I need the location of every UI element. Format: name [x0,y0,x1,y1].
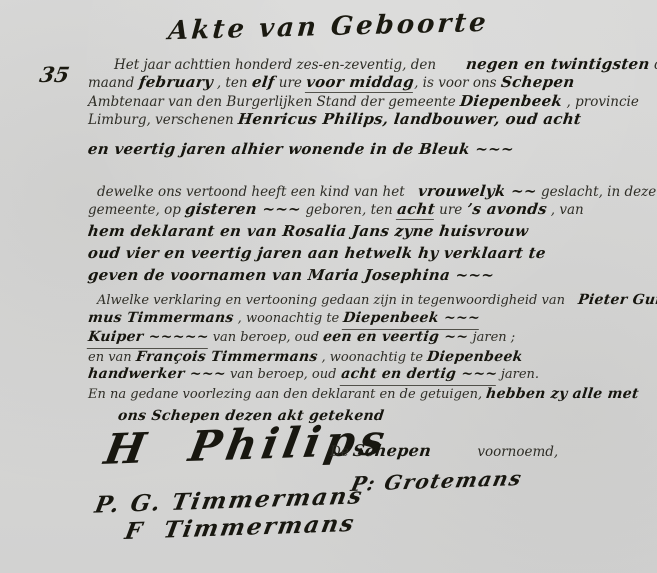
handwritten-text: Henricus Philips, landbouwer, oud acht [237,111,582,128]
handwritten-text: negen en twintigsten [439,56,651,73]
handwritten-text: gisteren ~~~ [184,201,302,218]
printed-text: Het jaar achttien honderd zes-en-zeventi… [114,57,440,73]
handwritten-text: een en veertig ~~ [322,329,469,347]
document-line: maand february , ten elf ure voor middag… [88,74,653,93]
document-line: en veertig jaren alhier wonende in de Bl… [88,138,653,160]
printed-text: Limburg, verschenen [88,112,238,128]
printed-text: En na gedane voorlezing aan den deklaran… [88,387,486,402]
handwritten-text: oud vier en veertig jaren aan hetwelk hy… [87,242,548,264]
document-line: En na gedane voorlezing aan den deklaran… [88,386,653,404]
document-line: en van François Timmermans , woonachtig … [88,349,653,367]
document-line: Alwelke verklaring en vertooning gedaan … [88,292,653,310]
handwritten-text: acht [396,201,436,220]
document-line: hem deklarant en van Rosalia Jans zyne h… [88,220,653,242]
handwritten-text: Diepenbeek ~~~ [342,310,481,330]
handwritten-block: hem deklarant en van Rosalia Jans zyne h… [88,220,653,286]
handwritten-text: Kuiper ~~~~~ [87,329,210,349]
signature-official: P: Grotemans [349,466,525,496]
scanned-birth-certificate: Akte van Geboorte 35 Het jaar achttien h… [0,0,657,573]
handwritten-text: Schepen [500,74,576,91]
paragraph-opening: Het jaar achttien honderd zes-en-zeventi… [88,56,653,160]
document-line: oud vier en veertig jaren aan hetwelk hy… [88,242,653,264]
printed-text: jaren. [497,367,539,382]
printed-text: geslacht, in deze [537,184,657,200]
document-line: gemeente, op gisteren ~~~ geboren, ten a… [88,201,653,220]
document-line: Kuiper ~~~~~ van beroep, oud een en veer… [88,329,653,349]
paragraph-witnesses: Alwelke verklaring en vertooning gedaan … [88,292,653,427]
document-line: Limburg, verschenen Henricus Philips, la… [88,111,653,129]
printed-text: , is voor ons [414,75,501,91]
document-line: dewelke ons vertoond heeft een kind van … [88,183,653,201]
handwritten-text: Diepenbeek [426,349,524,367]
printed-text: en van [88,350,136,365]
printed-text: Alwelke verklaring en vertooning gedaan … [97,293,569,308]
handwritten-text: Schepen [352,441,433,460]
handwritten-text: acht en dertig ~~~ [339,366,498,386]
page-title: Akte van Geboorte [0,3,657,50]
printed-text: , van [546,202,583,218]
printed-text: , woonachtig te [234,311,344,326]
handwritten-text: february [137,74,213,91]
document-line: mus Timmermans , woonachtig te Diepenbee… [88,310,653,330]
printed-text: geboren, ten [301,202,397,218]
printed-text: der [650,57,657,73]
official-title-line: De Schepenvoornoemd, [330,441,558,460]
handwritten-text: geven de voornamen van Maria Josephina ~… [87,264,496,286]
handwritten-text: hem deklarant en van Rosalia Jans zyne h… [87,220,530,242]
handwritten-text: hebben zy alle met [485,386,640,404]
document-line: Het jaar achttien honderd zes-en-zeventi… [88,56,653,74]
document-line: geven de voornamen van Maria Josephina ~… [88,264,653,286]
printed-text: , ten [213,75,252,91]
paragraph-child-declaration: dewelke ons vertoond heeft een kind van … [88,183,653,286]
printed-text: , woonachtig te [317,350,427,365]
handwritten-text: vrouwelyk ~~ [408,183,538,200]
act-number: 35 [38,62,72,87]
printed-text: dewelke ons vertoond heeft een kind van … [97,184,409,200]
document-line: Ambtenaar van den Burgerlijken Stand der… [88,93,653,111]
printed-text: gemeente, op [88,202,185,218]
printed-text: van beroep, oud [209,330,324,345]
printed-text: ure [435,202,467,218]
handwritten-text: voor middag [305,74,415,93]
printed-text: De [330,444,353,460]
handwritten-text: Diepenbeek [459,93,563,110]
printed-text: van beroep, oud [226,367,341,382]
printed-text: voornoemd, [477,444,558,460]
handwritten-text: François Timmermans [135,349,319,367]
printed-text: jaren ; [468,330,515,345]
handwritten-text: handwerker ~~~ [87,366,227,384]
handwritten-text: elf [251,74,276,91]
printed-text: Ambtenaar van den Burgerlijken Stand der… [88,94,460,110]
printed-text: , provincie [562,94,639,110]
handwritten-text: ’s avonds [466,201,548,218]
handwritten-text: mus Timmermans [87,310,235,328]
document-line: handwerker ~~~ van beroep, oud acht en d… [88,366,653,386]
printed-text: maand [88,75,139,91]
handwritten-text: Pieter Guiliel- [568,292,657,310]
printed-text: ure [274,75,306,91]
handwritten-text: en veertig jaren alhier wonende in de Bl… [87,138,516,160]
